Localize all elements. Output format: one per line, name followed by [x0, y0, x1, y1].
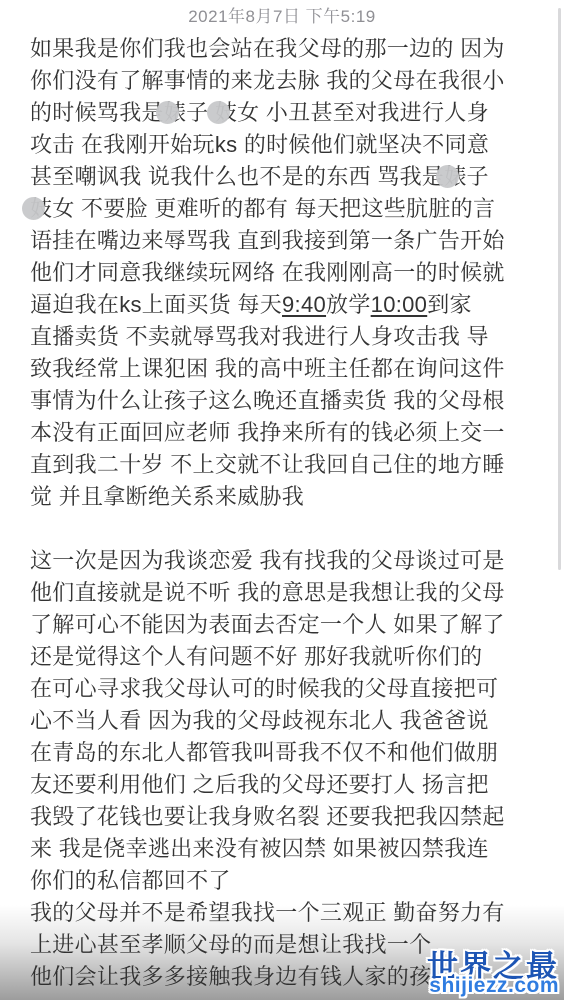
text-line: 直播卖货 不卖就辱骂我对我进行人身攻击我 导	[30, 321, 536, 353]
text-line: 他们直接就是说不听 我的意思是我想让我的父母	[30, 577, 536, 609]
text-line: 致我经常上课犯困 我的高中班主任都在询问这件	[30, 353, 536, 385]
message-text: 如果我是你们我也会站在我父母的那一边的 因为你们没有了解事情的来龙去脉 我的父母…	[0, 33, 564, 993]
text-segment: 子	[467, 164, 489, 189]
censored-word: 妓	[215, 97, 237, 129]
text-line: 来 我是侥幸逃出来没有被囚禁 如果被囚禁我连	[30, 833, 536, 865]
text-segment: 到家	[427, 292, 472, 317]
text-line: 的时候骂我是婊子 妓女 小丑甚至对我进行人身	[30, 97, 536, 129]
text-segment: 他们会让我多多接触我身边有钱人家的孩	[30, 964, 431, 989]
text-segment: 你们的私信都回不了	[30, 868, 231, 893]
text-segment: 本没有正面回应老师 我挣来所有的钱必须上交一	[30, 420, 505, 445]
text-line: 在青岛的东北人都管我叫哥我不仅不和他们做朋	[30, 737, 536, 769]
text-line: 本没有正面回应老师 我挣来所有的钱必须上交一	[30, 417, 536, 449]
text-segment: 心不当人看 因为我的父母歧视东北人 我爸爸说	[30, 708, 489, 733]
text-segment: 语挂在嘴边来辱骂我 直到我接到第一条广告开始	[30, 228, 505, 253]
text-segment: 如果我是你们我也会站在我父母的那一边的 因为	[30, 36, 505, 61]
censor-dot	[436, 165, 459, 188]
text-segment: 直播卖货 不卖就辱骂我对我进行人身攻击我 导	[30, 324, 489, 349]
text-segment: 还是觉得这个人有问题不好 那好我就听你们的	[30, 644, 482, 669]
text-line: 心不当人看 因为我的父母歧视东北人 我爸爸说	[30, 705, 536, 737]
censored-word: 妓	[30, 193, 52, 225]
text-line: 事情为什么让孩子这么晚还直播卖货 我的父母根	[30, 385, 536, 417]
text-line: 觉 并且拿断绝关系来威胁我	[30, 481, 536, 513]
text-line: 甚至嘲讽我 说我什么也不是的东西 骂我是婊子	[30, 161, 536, 193]
text-segment: 的时候骂我是	[30, 100, 164, 125]
blank-line	[30, 513, 536, 545]
text-line: 在可心寻求我父母认可的时候我的父母直接把可	[30, 673, 536, 705]
text-segment: 女 不要脸 更难听的都有 每天把这些肮脏的言	[52, 196, 495, 221]
censor-dot	[207, 101, 230, 124]
text-segment: 觉 并且拿断绝关系来威胁我	[30, 484, 304, 509]
text-segment: 这一次是因为我谈恋爱 我有找我的父母谈过可是	[30, 548, 505, 573]
text-segment: 直到我二十岁 不上交就不让我回自己住的地方睡	[30, 452, 505, 477]
text-line: 友还要利用他们 之后我的父母还要打人 扬言把	[30, 769, 536, 801]
text-segment: 甚至嘲讽我 说我什么也不是的东西 骂我是	[30, 164, 444, 189]
text-segment: 你们没有了解事情的来龙去脉 我的父母在我很小	[30, 68, 505, 93]
text-line: 这一次是因为我谈恋爱 我有找我的父母谈过可是	[30, 545, 536, 577]
text-segment: 攻击 在我刚开始玩ks 的时候他们就坚决不同意	[30, 132, 489, 157]
timestamp: 2021年8月7日 下午5:19	[0, 0, 564, 29]
censor-dot	[156, 101, 179, 124]
text-line: 如果我是你们我也会站在我父母的那一边的 因为	[30, 33, 536, 65]
watermark: 世界之最 shijiezz.com	[427, 951, 559, 996]
text-line: 他们才同意我继续玩网络 在我刚刚高一的时候就	[30, 257, 536, 289]
censored-word: 婊	[444, 161, 466, 193]
text-line: 我的父母并不是希望我找一个三观正 勤奋努力有	[30, 897, 536, 929]
censored-word: 婊	[164, 97, 186, 129]
text-segment: 女 小丑甚至对我进行人身	[237, 100, 489, 125]
text-line: 直到我二十岁 不上交就不让我回自己住的地方睡	[30, 449, 536, 481]
text-line: 我毁了花钱也要让我身败名裂 还要我把我囚禁起	[30, 801, 536, 833]
text-segment: 了解可心不能因为表面去否定一个人 如果了解了	[30, 612, 505, 637]
text-segment: 在可心寻求我父母认可的时候我的父母直接把可	[30, 676, 498, 701]
censor-dot	[22, 197, 45, 220]
text-segment: 在青岛的东北人都管我叫哥我不仅不和他们做朋	[30, 740, 498, 765]
text-segment: 我的父母并不是希望我找一个三观正 勤奋努力有	[30, 900, 505, 925]
text-line: 攻击 在我刚开始玩ks 的时候他们就坚决不同意	[30, 129, 536, 161]
text-segment: 他们直接就是说不听 我的意思是我想让我的父母	[30, 580, 505, 605]
time-link[interactable]: 9:40	[282, 292, 326, 317]
text-line: 逼迫我在ks上面买货 每天9:40放学10:00到家	[30, 289, 536, 321]
text-line: 还是觉得这个人有问题不好 那好我就听你们的	[30, 641, 536, 673]
text-segment: 事情为什么让孩子这么晚还直播卖货 我的父母根	[30, 388, 505, 413]
text-segment: 逼迫我在ks上面买货 每天	[30, 292, 282, 317]
text-segment: 上进心甚至孝顺父母的而是想让我找一个	[30, 932, 431, 957]
text-line: 你们的私信都回不了	[30, 865, 536, 897]
chat-screenshot: 2021年8月7日 下午5:19 如果我是你们我也会站在我父母的那一边的 因为你…	[0, 0, 564, 1000]
text-segment: 我毁了花钱也要让我身败名裂 还要我把我囚禁起	[30, 804, 505, 829]
time-link[interactable]: 10:00	[371, 292, 428, 317]
text-line: 语挂在嘴边来辱骂我 直到我接到第一条广告开始	[30, 225, 536, 257]
text-segment: 放学	[326, 292, 371, 317]
watermark-domain: shijiezz.com	[427, 975, 559, 996]
text-line: 了解可心不能因为表面去否定一个人 如果了解了	[30, 609, 536, 641]
text-segment: 致我经常上课犯困 我的高中班主任都在询问这件	[30, 356, 505, 381]
text-line: 妓女 不要脸 更难听的都有 每天把这些肮脏的言	[30, 193, 536, 225]
scrollbar[interactable]	[558, 8, 561, 570]
text-segment: 来 我是侥幸逃出来没有被囚禁 如果被囚禁我连	[30, 836, 489, 861]
text-line: 你们没有了解事情的来龙去脉 我的父母在我很小	[30, 65, 536, 97]
text-segment: 友还要利用他们 之后我的父母还要打人 扬言把	[30, 772, 489, 797]
text-segment: 他们才同意我继续玩网络 在我刚刚高一的时候就	[30, 260, 505, 285]
